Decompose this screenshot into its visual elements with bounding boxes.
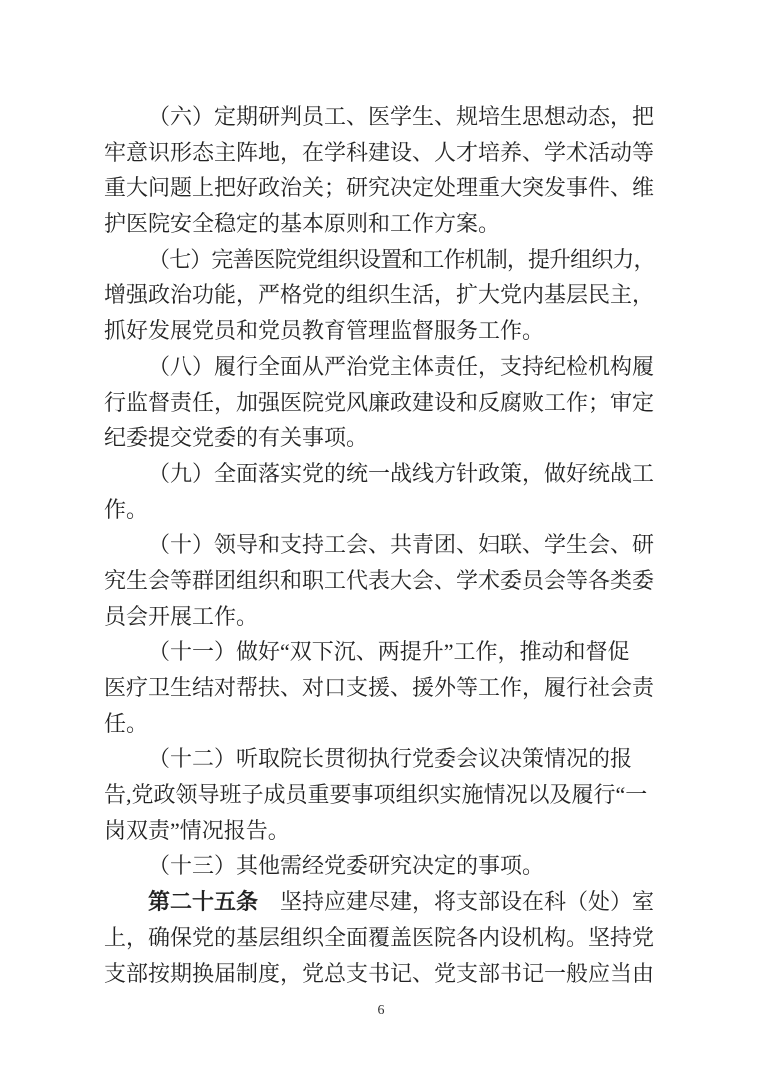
text-segment: （六）定期研判员工、医学生、规培生思想动态，把 bbox=[148, 104, 654, 129]
text-segment: （八）履行全面从严治党主体责任，支持纪检机构履 bbox=[148, 354, 654, 379]
paragraph: （六）定期研判员工、医学生、规培生思想动态，把牢意识形态主阵地，在学科建设、人才… bbox=[104, 99, 657, 242]
text-segment: 作。 bbox=[104, 497, 148, 522]
text-segment: 岗双责”情况报告。 bbox=[104, 818, 290, 843]
paragraph: （十二）听取院长贯彻执行党委会议决策情况的报告,党政领导班子成员重要事项组织实施… bbox=[104, 741, 657, 848]
text-segment: 坚持应建尽建，将支部设在科（处）室 bbox=[258, 889, 654, 914]
paragraph: （十三）其他需经党委研究决定的事项。 bbox=[104, 848, 657, 884]
text-segment: （十）领导和支持工会、共青团、妇联、学生会、研 bbox=[148, 532, 654, 557]
text-line: 第二十五条 坚持应建尽建，将支部设在科（处）室 bbox=[104, 884, 657, 920]
text-line: 任。 bbox=[104, 706, 657, 742]
text-segment: 纪委提交党委的有关事项。 bbox=[104, 425, 368, 450]
text-segment: 护医院安全稳定的基本原则和工作方案。 bbox=[104, 211, 500, 236]
text-line: 抓好发展党员和党员教育管理监督服务工作。 bbox=[104, 313, 657, 349]
text-line: 员会开展工作。 bbox=[104, 599, 657, 635]
text-line: （七）完善医院党组织设置和工作机制，提升组织力， bbox=[104, 242, 657, 278]
text-line: （九）全面落实党的统一战线方针政策，做好统战工 bbox=[104, 456, 657, 492]
text-line: 作。 bbox=[104, 492, 657, 528]
text-segment: 支部按期换届制度，党总支书记、党支部书记一般应当由 bbox=[104, 961, 654, 986]
document-page: { "document": { "page_number": "6", "col… bbox=[0, 0, 762, 1080]
paragraph: （七）完善医院党组织设置和工作机制，提升组织力，增强政治功能，严格党的组织生活，… bbox=[104, 242, 657, 349]
paragraph: （八）履行全面从严治党主体责任，支持纪检机构履行监督责任，加强医院党风廉政建设和… bbox=[104, 349, 657, 456]
text-segment: 员会开展工作。 bbox=[104, 604, 258, 629]
text-line: 上，确保党的基层组织全面覆盖医院各内设机构。坚持党 bbox=[104, 920, 657, 956]
text-line: 护医院安全稳定的基本原则和工作方案。 bbox=[104, 206, 657, 242]
text-segment: （十三）其他需经党委研究决定的事项。 bbox=[148, 853, 544, 878]
text-line: （十）领导和支持工会、共青团、妇联、学生会、研 bbox=[104, 527, 657, 563]
text-segment: 上，确保党的基层组织全面覆盖医院各内设机构。坚持党 bbox=[104, 925, 654, 950]
text-segment: 任。 bbox=[104, 711, 148, 736]
text-segment: 行监督责任，加强医院党风廉政建设和反腐败工作；审定 bbox=[104, 390, 654, 415]
text-segment: 重大问题上把好政治关；研究决定处理重大突发事件、维 bbox=[104, 175, 654, 200]
text-line: （六）定期研判员工、医学生、规培生思想动态，把 bbox=[104, 99, 657, 135]
document-body: （六）定期研判员工、医学生、规培生思想动态，把牢意识形态主阵地，在学科建设、人才… bbox=[104, 99, 657, 991]
paragraph: （十）领导和支持工会、共青团、妇联、学生会、研究生会等群团组织和职工代表大会、学… bbox=[104, 527, 657, 634]
paragraph: （十一）做好“双下沉、两提升”工作，推动和督促医疗卫生结对帮扶、对口支援、援外等… bbox=[104, 634, 657, 741]
text-segment: 告,党政领导班子成员重要事项组织实施情况以及履行“一 bbox=[104, 782, 647, 807]
article-number: 第二十五条 bbox=[148, 889, 258, 914]
text-line: （八）履行全面从严治党主体责任，支持纪检机构履 bbox=[104, 349, 657, 385]
text-segment: 增强政治功能，严格党的组织生活，扩大党内基层民主， bbox=[104, 282, 654, 307]
text-line: 牢意识形态主阵地，在学科建设、人才培养、学术活动等 bbox=[104, 135, 657, 171]
text-segment: （九）全面落实党的统一战线方针政策，做好统战工 bbox=[148, 461, 654, 486]
text-segment: 究生会等群团组织和职工代表大会、学术委员会等各类委 bbox=[104, 568, 654, 593]
paragraph: 第二十五条 坚持应建尽建，将支部设在科（处）室上，确保党的基层组织全面覆盖医院各… bbox=[104, 884, 657, 991]
text-line: （十二）听取院长贯彻执行党委会议决策情况的报 bbox=[104, 741, 657, 777]
text-segment: 牢意识形态主阵地，在学科建设、人才培养、学术活动等 bbox=[104, 140, 654, 165]
page-number: 6 bbox=[0, 1002, 762, 1020]
text-line: 支部按期换届制度，党总支书记、党支部书记一般应当由 bbox=[104, 956, 657, 992]
text-line: 重大问题上把好政治关；研究决定处理重大突发事件、维 bbox=[104, 170, 657, 206]
text-line: 增强政治功能，严格党的组织生活，扩大党内基层民主， bbox=[104, 277, 657, 313]
text-segment: 医疗卫生结对帮扶、对口支援、援外等工作，履行社会责 bbox=[104, 675, 654, 700]
text-line: 行监督责任，加强医院党风廉政建设和反腐败工作；审定 bbox=[104, 385, 657, 421]
text-segment: （十一）做好“双下沉、两提升”工作，推动和督促 bbox=[148, 639, 630, 664]
text-line: 究生会等群团组织和职工代表大会、学术委员会等各类委 bbox=[104, 563, 657, 599]
text-segment: 抓好发展党员和党员教育管理监督服务工作。 bbox=[104, 318, 544, 343]
text-line: 纪委提交党委的有关事项。 bbox=[104, 420, 657, 456]
text-line: 医疗卫生结对帮扶、对口支援、援外等工作，履行社会责 bbox=[104, 670, 657, 706]
text-line: （十一）做好“双下沉、两提升”工作，推动和督促 bbox=[104, 634, 657, 670]
text-line: 岗双责”情况报告。 bbox=[104, 813, 657, 849]
text-line: 告,党政领导班子成员重要事项组织实施情况以及履行“一 bbox=[104, 777, 657, 813]
paragraph: （九）全面落实党的统一战线方针政策，做好统战工作。 bbox=[104, 456, 657, 527]
text-segment: （七）完善医院党组织设置和工作机制，提升组织力， bbox=[148, 247, 655, 272]
text-segment: （十二）听取院长贯彻执行党委会议决策情况的报 bbox=[148, 746, 632, 771]
text-line: （十三）其他需经党委研究决定的事项。 bbox=[104, 848, 657, 884]
